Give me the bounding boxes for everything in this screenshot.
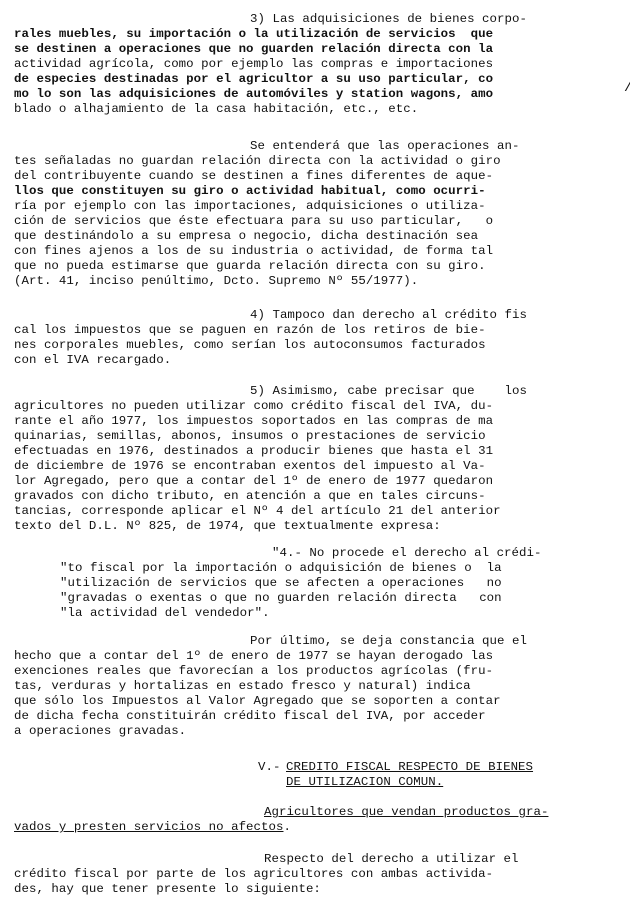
- text-line: 3) Las adquisiciones de bienes corpo-: [250, 12, 527, 26]
- text-line: rales muebles, su importación o la utili…: [14, 27, 493, 41]
- subheading-line-2: vados y presten servicios no afectos.: [14, 820, 291, 834]
- text-line: ción de servicios que éste efectuara par…: [14, 214, 493, 228]
- text-line: exenciones reales que favorecían a los p…: [14, 664, 493, 678]
- text-line: 5) Asimismo, cabe precisar que los: [250, 384, 527, 398]
- text-line: tas, verduras y hortalizas en estado fre…: [14, 679, 471, 693]
- text-line: que sólo los Impuestos al Valor Agregado…: [14, 694, 501, 708]
- text-line: gravados con dicho tributo, en atención …: [14, 489, 486, 503]
- text-line: que destinándolo a su empresa o negocio,…: [14, 229, 478, 243]
- text-line: mo lo son las adquisiciones de automóvil…: [14, 87, 493, 101]
- text-line: llos que constituyen su giro o actividad…: [14, 184, 486, 198]
- text-line: que no pueda estimarse que guarda relaci…: [14, 259, 486, 273]
- document-page: 3) Las adquisiciones de bienes corpo- ra…: [0, 0, 630, 905]
- text-line: ría por ejemplo con las importaciones, a…: [14, 199, 486, 213]
- text-line: nes corporales muebles, como serían los …: [14, 338, 486, 352]
- text-line: texto del D.L. Nº 825, de 1974, que text…: [14, 519, 441, 533]
- text-line: tancias, corresponde aplicar el Nº 4 del…: [14, 504, 501, 518]
- text-line: "la actividad del vendedor".: [60, 606, 270, 620]
- text-line: del contribuyente cuando se destinen a f…: [14, 169, 493, 183]
- text-line: lor Agregado, pero que a contar del 1º d…: [14, 474, 493, 488]
- text-line: actividad agrícola, como por ejemplo las…: [14, 57, 493, 71]
- text-line: a operaciones gravadas.: [14, 724, 186, 738]
- text-line: Por último, se deja constancia que el: [250, 634, 527, 648]
- text-line: cal los impuestos que se paguen en razón…: [14, 323, 486, 337]
- text-line: (Art. 41, inciso penúltimo, Dcto. Suprem…: [14, 274, 418, 288]
- margin-mark: /: [624, 80, 630, 96]
- subheading-line-1: Agricultores que vendan productos gra-: [264, 805, 548, 819]
- section-title-line-2: DE UTILIZACION COMUN.: [286, 775, 443, 789]
- text-line: "gravadas o exentas o que no guarden rel…: [60, 591, 502, 605]
- subheading-end: .: [283, 820, 291, 834]
- text-line: quinarias, semillas, abonos, insumos o p…: [14, 429, 486, 443]
- text-line: 4) Tampoco dan derecho al crédito fis: [250, 308, 527, 322]
- text-line: des, hay que tener presente lo siguiente…: [14, 882, 321, 896]
- text-line: de diciembre de 1976 se encontraban exen…: [14, 459, 486, 473]
- subheading-underlined: vados y presten servicios no afectos: [14, 820, 283, 834]
- text-line: de dicha fecha constituirán crédito fisc…: [14, 709, 486, 723]
- section-number: V.-: [258, 760, 280, 774]
- text-line: "to fiscal por la importación o adquisic…: [60, 561, 502, 575]
- text-line: de especies destinadas por el agricultor…: [14, 72, 493, 86]
- text-line: con el IVA recargado.: [14, 353, 171, 367]
- text-line: Se entenderá que las operaciones an-: [250, 139, 519, 153]
- text-line: blado o alhajamiento de la casa habitaci…: [14, 102, 418, 116]
- text-line: se destinen a operaciones que no guarden…: [14, 42, 493, 56]
- text-line: con fines ajenos a los de su industria o…: [14, 244, 493, 258]
- text-line: tes señaladas no guardan relación direct…: [14, 154, 501, 168]
- text-line: "utilización de servicios que se afecten…: [60, 576, 502, 590]
- text-line: agricultores no pueden utilizar como cré…: [14, 399, 493, 413]
- text-line: Respecto del derecho a utilizar el: [264, 852, 519, 866]
- text-line: efectuadas en 1976, destinados a produci…: [14, 444, 493, 458]
- text-line: crédito fiscal por parte de los agricult…: [14, 867, 493, 881]
- text-line: rante el año 1977, los impuestos soporta…: [14, 414, 493, 428]
- text-line: "4.- No procede el derecho al crédi-: [272, 546, 541, 560]
- text-line: hecho que a contar del 1º de enero de 19…: [14, 649, 493, 663]
- section-title-line-1: CREDITO FISCAL RESPECTO DE BIENES: [286, 760, 533, 774]
